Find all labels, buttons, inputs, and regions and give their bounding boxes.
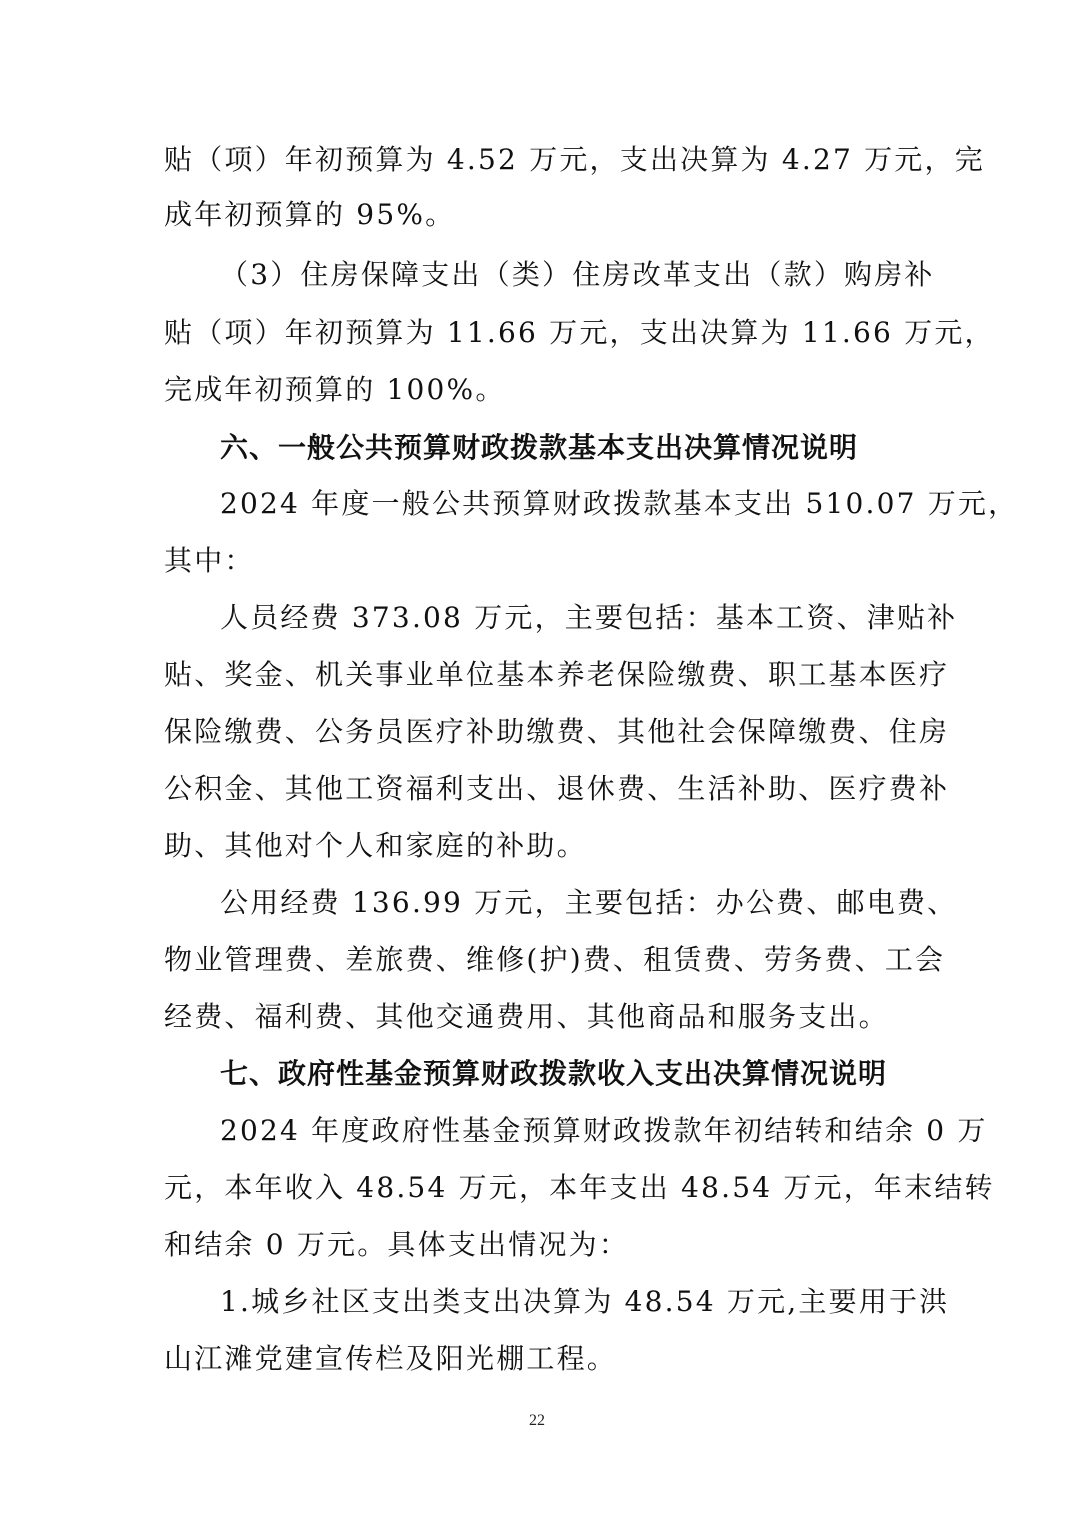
- text-line: 物业管理费、差旅费、维修(护)费、租赁费、劳务费、工会: [164, 940, 914, 980]
- section-heading-6: 六、一般公共预算财政拨款基本支出决算情况说明: [220, 428, 970, 468]
- text-line: 保险缴费、公务员医疗补助缴费、其他社会保障缴费、住房: [164, 712, 914, 752]
- text-line: 人员经费 373.08 万元，主要包括：基本工资、津贴补: [220, 598, 914, 638]
- text-line: 山江滩党建宣传栏及阳光棚工程。: [164, 1339, 914, 1379]
- text-line: 成年初预算的 95%。: [164, 195, 914, 235]
- text-line: 元，本年收入 48.54 万元，本年支出 48.54 万元，年末结转: [164, 1168, 914, 1208]
- text-line: 其中：: [164, 541, 914, 581]
- page-number: 22: [0, 1412, 1074, 1430]
- section-heading-7: 七、政府性基金预算财政拨款收入支出决算情况说明: [220, 1054, 970, 1094]
- document-page: 贴（项）年初预算为 4.52 万元，支出决算为 4.27 万元，完 成年初预算的…: [0, 0, 1074, 1520]
- text-line: 贴（项）年初预算为 11.66 万元，支出决算为 11.66 万元，: [164, 313, 914, 353]
- text-line: 贴、奖金、机关事业单位基本养老保险缴费、职工基本医疗: [164, 655, 914, 695]
- text-line: 公用经费 136.99 万元，主要包括：办公费、邮电费、: [220, 883, 914, 923]
- text-line: 2024 年度一般公共预算财政拨款基本支出 510.07 万元，: [220, 484, 914, 524]
- text-line: 1.城乡社区支出类支出决算为 48.54 万元,主要用于洪: [220, 1282, 914, 1322]
- text-line: 和结余 0 万元。具体支出情况为：: [164, 1225, 914, 1265]
- text-line: 公积金、其他工资福利支出、退休费、生活补助、医疗费补: [164, 769, 914, 809]
- text-line: （3）住房保障支出（类）住房改革支出（款）购房补: [220, 255, 914, 295]
- text-line: 2024 年度政府性基金预算财政拨款年初结转和结余 0 万: [220, 1111, 914, 1151]
- text-line: 完成年初预算的 100%。: [164, 370, 914, 410]
- text-line: 助、其他对个人和家庭的补助。: [164, 826, 914, 866]
- text-line: 贴（项）年初预算为 4.52 万元，支出决算为 4.27 万元，完: [164, 140, 914, 180]
- text-line: 经费、福利费、其他交通费用、其他商品和服务支出。: [164, 997, 914, 1037]
